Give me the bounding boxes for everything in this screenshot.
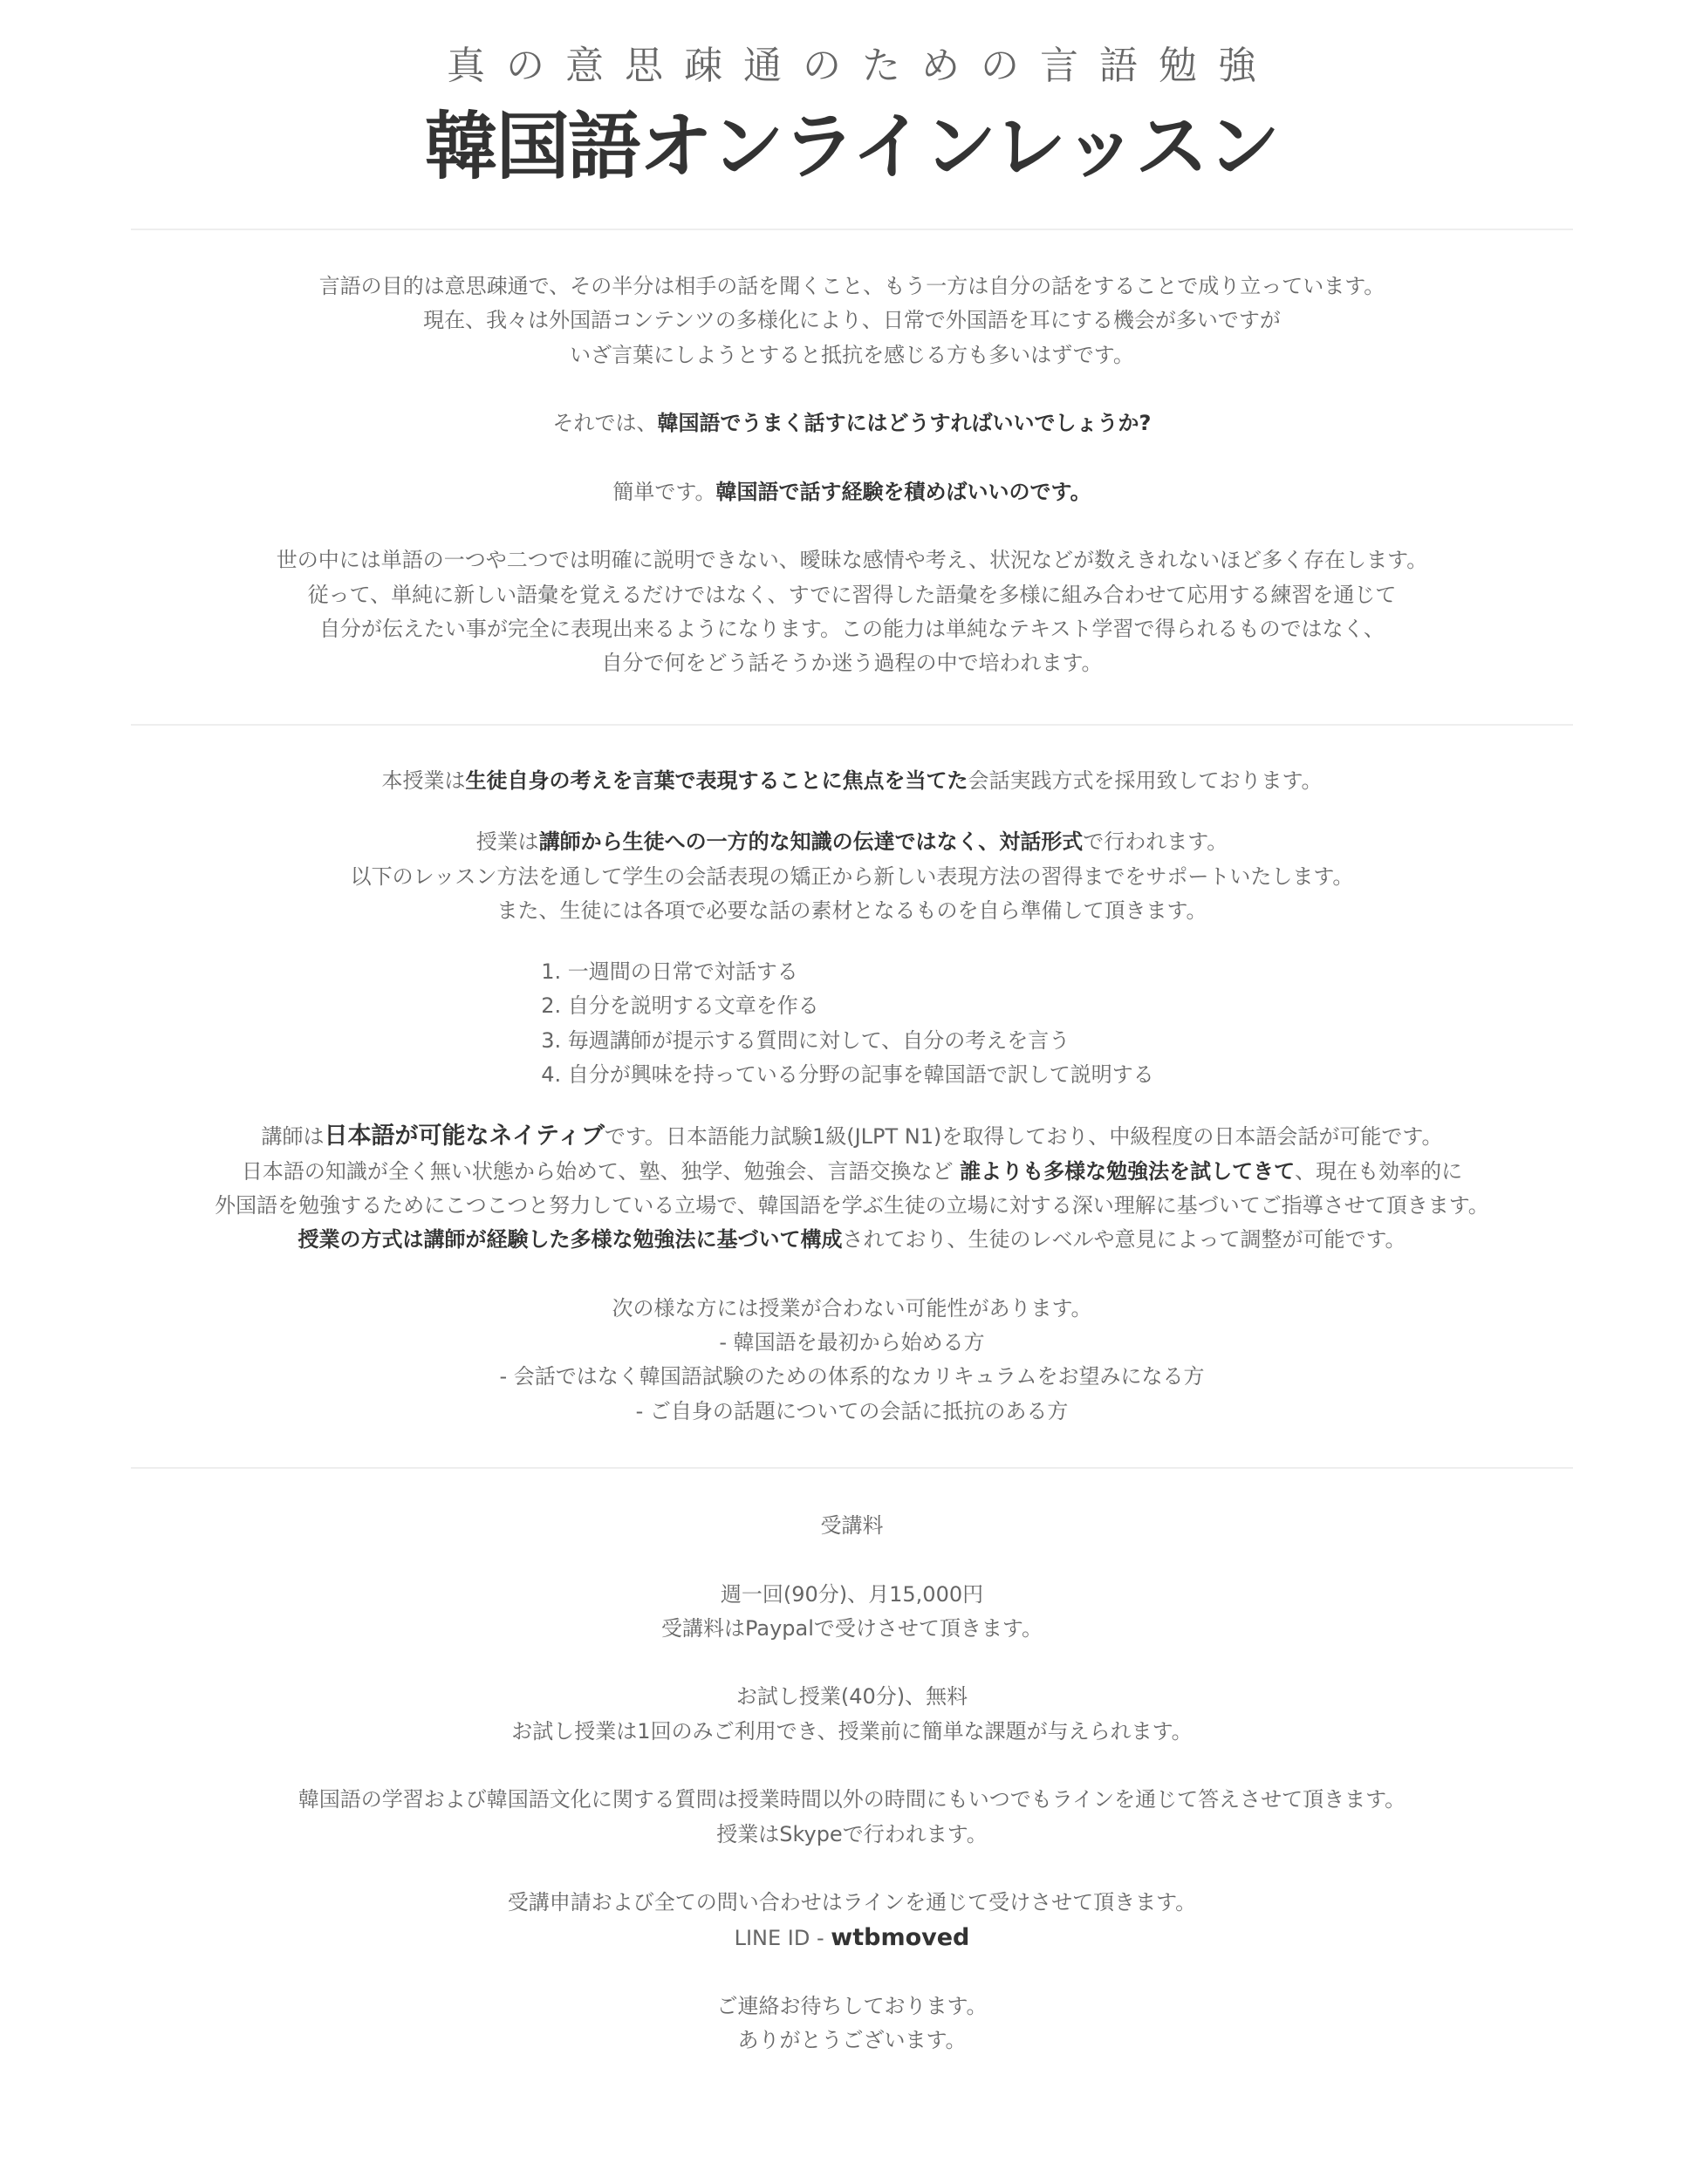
text-bold: 授業の方式は講師が経験した多様な勉強法に基づいて構成 [298, 1227, 842, 1252]
fees-heading: 受講料 [131, 1509, 1573, 1543]
method-line-2: 授業は講師から生徒への一方的な知識の伝達ではなく、対話形式で行われます。 [131, 825, 1573, 859]
divider-3 [131, 1467, 1573, 1469]
line-id-label: LINE ID - [735, 1926, 831, 1950]
text-bold: 生徒自身の考えを言葉で表現することに焦点を当てた [465, 768, 968, 793]
text-prefix: 授業は [476, 829, 539, 854]
lesson-step: 2. 自分を説明する文章を作る [541, 989, 1154, 1023]
intro-line: 世の中には単語の一つや二つでは明確に説明できない、曖昧な感情や考え、状況などが数… [131, 543, 1573, 577]
method-line-1: 本授業は生徒自身の考えを言葉で表現することに焦点を当てた会話実践方式を採用致して… [131, 764, 1573, 798]
trial-price: お試し授業(40分)、無料 [131, 1680, 1573, 1714]
intro-line: いざ言葉にしようとすると抵抗を感じる方も多いはずです。 [131, 338, 1573, 372]
teacher-line-3: 外国語を勉強するためにこつこつと努力している立場で、韓国語を学ぶ生徒の立場に対す… [131, 1189, 1573, 1223]
text-bold: 誰よりも多様な勉強法を試してきて [960, 1159, 1295, 1184]
support-line-2: 授業はSkypeで行われます。 [131, 1818, 1573, 1852]
not-suitable-item: - 韓国語を最初から始める方 [131, 1326, 1573, 1360]
answer-bold: 韓国語で話す経験を積めばいいのです。 [716, 480, 1091, 504]
intro-line: 自分で何をどう話そうか迷う過程の中で培われます。 [131, 646, 1573, 680]
page-header: 真の意思疎通のための言語勉強 韓国語オンラインレッスン [0, 38, 1703, 190]
lesson-step: 1. 一週間の日常で対話する [541, 955, 1154, 989]
intro-section: 言語の目的は意思疎通で、その半分は相手の話を聞くこと、もう一方は自分の話をするこ… [131, 270, 1573, 681]
intro-line: 現在、我々は外国語コンテンツの多様化により、日常で外国語を耳にする機会が多いです… [131, 304, 1573, 338]
not-suitable-item: - 会話ではなく韓国語試験のための体系的なカリキュラムをお望みになる方 [131, 1360, 1573, 1394]
intro-line: 言語の目的は意思疎通で、その半分は相手の話を聞くこと、もう一方は自分の話をするこ… [131, 270, 1573, 304]
intro-question: それでは、韓国語でうまく話すにはどうすればいいでしょうか? [131, 406, 1573, 440]
teacher-line-2: 日本語の知識が全く無い状態から始めて、塾、独学、勉強会、言語交換など 誰よりも多… [131, 1155, 1573, 1189]
line-id: LINE ID - wtbmoved [131, 1921, 1573, 1955]
question-bold: 韓国語でうまく話すにはどうすればいいでしょうか? [658, 411, 1152, 435]
intro-line: 自分が伝えたい事が完全に表現出来るようになります。この能力は単純なテキスト学習で… [131, 612, 1573, 646]
text-bold: 講師から生徒への一方的な知識の伝達ではなく、対話形式 [539, 829, 1084, 854]
regular-price: 週一回(90分)、月15,000円 [131, 1578, 1573, 1612]
method-section: 本授業は生徒自身の考えを言葉で表現することに焦点を当てた会話実践方式を採用致して… [131, 764, 1573, 1429]
text-prefix: 講師は [262, 1124, 325, 1149]
teacher-line-4: 授業の方式は講師が経験した多様な勉強法に基づいて構成されており、生徒のレベルや意… [131, 1223, 1573, 1257]
text-suffix: です。日本語能力試験1級(JLPT N1)を取得しており、中級程度の日本語会話が… [605, 1124, 1443, 1149]
line-id-value: wtbmoved [831, 1924, 969, 1951]
answer-prefix: 簡単です。 [612, 480, 715, 504]
contact-line-1: 受講申請および全ての問い合わせはラインを通じて受けさせて頂きます。 [131, 1886, 1573, 1920]
lesson-step: 4. 自分が興味を持っている分野の記事を韓国語で訳して説明する [541, 1058, 1154, 1092]
fees-section: 受講料 週一回(90分)、月15,000円 受講料はPaypalで受けさせて頂き… [131, 1509, 1573, 2058]
payment-note: 受講料はPaypalで受けさせて頂きます。 [131, 1612, 1573, 1646]
text-suffix: で行われます。 [1083, 829, 1228, 854]
lesson-steps-list: 1. 一週間の日常で対話する 2. 自分を説明する文章を作る 3. 毎週講師が提… [541, 955, 1154, 1092]
text-prefix: 本授業は [381, 768, 465, 793]
page-subtitle: 真の意思疎通のための言語勉強 [21, 38, 1703, 94]
method-line-3: 以下のレッスン方法を通して学生の会話表現の矯正から新しい表現方法の習得までをサポ… [131, 860, 1573, 894]
text-suffix: 、現在も効率的に [1295, 1159, 1462, 1184]
page-title: 韓国語オンラインレッスン [0, 103, 1703, 190]
intro-answer: 簡単です。韓国語で話す経験を積めばいいのです。 [131, 475, 1573, 509]
text-prefix: 日本語の知識が全く無い状態から始めて、塾、独学、勉強会、言語交換など [242, 1159, 960, 1184]
teacher-line-1: 講師は日本語が可能なネイティブです。日本語能力試験1級(JLPT N1)を取得し… [131, 1119, 1573, 1154]
intro-line: 従って、単純に新しい語彙を覚えるだけではなく、すでに習得した語彙を多様に組み合わ… [131, 578, 1573, 612]
method-line-4: また、生徒には各項で必要な話の素材となるものを自ら準備して頂きます。 [131, 894, 1573, 928]
divider-2 [131, 724, 1573, 726]
closing-line-2: ありがとうございます。 [131, 2024, 1573, 2058]
text-suffix: されており、生徒のレベルや意見によって調整が可能です。 [842, 1227, 1405, 1252]
question-prefix: それでは、 [553, 411, 658, 435]
trial-note: お試し授業は1回のみご利用でき、授業前に簡単な課題が与えられます。 [131, 1715, 1573, 1749]
not-suitable-heading: 次の様な方には授業が合わない可能性があります。 [131, 1292, 1573, 1326]
closing-line-1: ご連絡お待ちしております。 [131, 1989, 1573, 2024]
lesson-step: 3. 毎週講師が提示する質問に対して、自分の考えを言う [541, 1024, 1154, 1058]
text-bold: 日本語が可能なネイティブ [325, 1123, 605, 1150]
support-line-1: 韓国語の学習および韓国語文化に関する質問は授業時間以外の時間にもいつでもラインを… [131, 1783, 1573, 1817]
not-suitable-item: - ご自身の話題についての会話に抵抗のある方 [131, 1395, 1573, 1429]
divider-1 [131, 229, 1573, 230]
text-suffix: 会話実践方式を採用致しております。 [968, 768, 1322, 793]
